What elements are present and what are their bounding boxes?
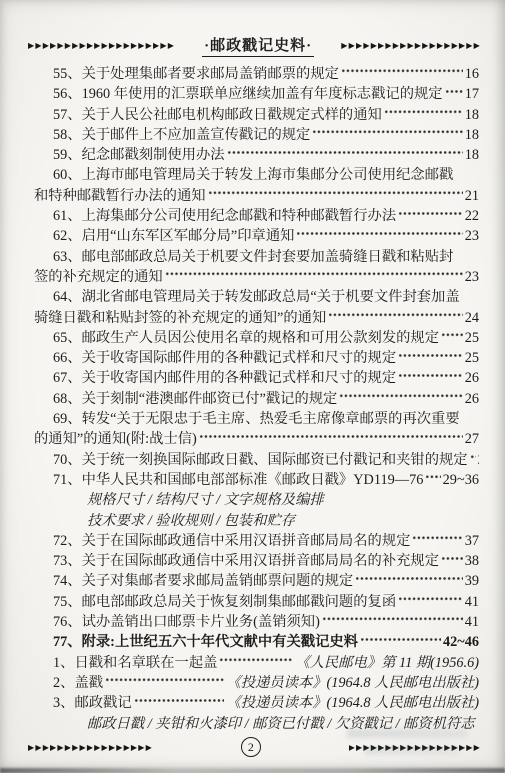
toc-entry-text: 68、关于刻制“港澳邮件邮资已付”戳记的规定: [53, 389, 337, 409]
toc-entry-text: 技术要求 / 验收规则 / 包装和贮存: [87, 511, 295, 531]
page-number: 2: [241, 737, 261, 757]
toc-entry-page: 23: [465, 267, 479, 287]
dot-leader: [360, 633, 441, 647]
toc-entry-text: 的通知”的通知(附:战士信): [34, 429, 197, 449]
toc-entry-page: 38: [465, 551, 479, 571]
toc-entry-text: 65、邮政生产人员因公使用名章的规格和可用公款刻发的规定: [53, 328, 439, 348]
dot-leader: [384, 105, 463, 119]
toc-line: 3、邮政戳记《投递员读本》(1964.8 人民邮电出版社): [34, 693, 479, 713]
toc-entry-text: 69、转发“关于无限忠于毛主席、热爱毛主席像章邮票的再次重要: [53, 409, 460, 429]
toc-entry-page: 41: [465, 612, 479, 632]
toc-entry-page: 23: [465, 226, 479, 246]
toc-line: 1、日戳和名章联在一起盖《人民邮电》第 11 期(1956.6): [34, 653, 479, 673]
page-title: ·邮政戳记史料·: [202, 34, 314, 57]
toc-entry-page: 17: [465, 84, 479, 104]
toc-line: 76、试办盖销出口邮票卡片业务(盖销须知)41: [34, 612, 479, 632]
dot-leader: [398, 592, 463, 606]
toc-entry-page: 18: [465, 105, 479, 125]
toc-entry-text: 62、启用“山东军区军邮分局”印章通知: [53, 226, 294, 246]
toc-line: 的通知”的通知(附:战士信)27: [34, 429, 479, 449]
toc-entry-text: 76、试办盖销出口邮票卡片业务(盖销须知): [53, 612, 320, 632]
toc-entry-text: 63、邮电部邮政总局关于机要文件封套要加盖骑缝日戳和粘贴封: [53, 247, 453, 267]
toc-line: 规格尺寸 / 结构尺寸 / 文字规格及编排: [34, 490, 479, 510]
toc-entry-source: 《投递员读本》(1964.8 人民邮电出版社): [226, 673, 479, 693]
scanned-toc-page: ▶▶▶▶▶▶▶▶▶▶▶▶▶▶▶▶▶▶▶▶ ·邮政戳记史料· ▶▶▶▶▶▶▶▶▶▶…: [0, 0, 505, 773]
toc-line: 70、关于统一刻换国际邮政日戳、国际邮资已付戳记和夹钳的规定28: [34, 450, 479, 470]
toc-line: 74、关子对集邮者要求邮局盖销邮票问题的规定39: [34, 571, 479, 591]
toc-line: 77、附录:上世纪五六十年代文献中有关戳记史料42~46: [34, 632, 479, 652]
toc-entry-page: 25: [465, 348, 479, 368]
toc-line: 邮政日戳 / 夹钳和火漆印 / 邮资已付戳 / 欠资戳记 / 邮资机符志: [34, 714, 479, 734]
toc-entry-text: 3、邮政戳记: [53, 693, 132, 713]
toc-entry-text: 2、盖戳: [53, 673, 103, 693]
dot-leader: [412, 531, 462, 545]
dot-leader: [199, 430, 463, 444]
toc-entry-page: 25: [465, 328, 479, 348]
toc-line: 66、关于收寄国际邮件用的各种戳记式样和尺寸的规定25: [34, 348, 479, 368]
toc-entry-page: 22: [465, 206, 479, 226]
toc-line: 62、启用“山东军区军邮分局”印章通知23: [34, 226, 479, 246]
dot-leader: [312, 125, 462, 139]
toc-line: 72、关于在国际邮政通信中采用汉语拼音邮局局名的规定37: [34, 531, 479, 551]
toc-entry-page: 39: [465, 571, 479, 591]
dot-leader: [441, 328, 463, 342]
page-header: ▶▶▶▶▶▶▶▶▶▶▶▶▶▶▶▶▶▶▶▶ ·邮政戳记史料· ▶▶▶▶▶▶▶▶▶▶…: [0, 0, 505, 57]
toc-entry-page: 21: [465, 186, 479, 206]
toc-line: 59、纪念邮戳刻制使用办法18: [34, 145, 479, 165]
toc-entry-page: 29~36: [443, 470, 479, 490]
toc-line: 61、上海集邮分公司使用纪念邮戳和特种邮戳暂行办法22: [34, 206, 479, 226]
toc-entry-text: 规格尺寸 / 结构尺寸 / 文字规格及编排: [87, 490, 324, 510]
toc-line: 60、上海市邮电管理局关于转发上海市集邮分公司使用纪念邮戳: [34, 165, 479, 185]
dot-leader: [355, 572, 462, 586]
dot-leader: [134, 694, 225, 708]
toc-line: 和特种邮戳暂行办法的通知21: [34, 186, 479, 206]
toc-line: 67、关于收寄国内邮件用的各种戳记式样和尺寸的规定26: [34, 368, 479, 388]
toc-entry-text: 58、关于邮件上不应加盖宣传戳记的规定: [53, 125, 310, 145]
toc-entry-source: 《人民邮电》第 11 期(1956.6): [295, 653, 479, 673]
toc-entry-text: 67、关于收寄国内邮件用的各种戳记式样和尺寸的规定: [53, 368, 396, 388]
dot-leader: [208, 186, 463, 200]
dot-leader: [296, 227, 462, 241]
toc-entry-text: 66、关于收寄国际邮件用的各种戳记式样和尺寸的规定: [53, 348, 396, 368]
dot-leader: [165, 267, 463, 281]
toc-entry-page: 16: [465, 64, 479, 84]
dot-leader: [339, 389, 462, 403]
footer-right-arrows-ornament: ▶▶▶▶▶▶▶▶▶▶▶▶▶▶▶▶▶▶: [349, 743, 481, 752]
toc-line: 56、1960 年使用的汇票联单应继续加盖有年度标志戳记的规定17: [34, 84, 479, 104]
dot-leader: [398, 369, 463, 383]
toc-line: 2、盖戳《投递员读本》(1964.8 人民邮电出版社): [34, 673, 479, 693]
toc-entry-text: 57、关于人民公社邮电机构邮政日戳规定式样的通知: [53, 105, 382, 125]
toc-entry-text: 73、关于在国际邮政通信中采用汉语拼音邮局局名的补充规定: [53, 551, 439, 571]
dot-leader: [398, 207, 463, 221]
toc-entry-page: 28: [478, 450, 479, 470]
dot-leader: [219, 653, 293, 667]
toc-entry-text: 75、邮电部邮政总局关于恢复刻制集邮邮戳问题的复函: [53, 592, 396, 612]
footer-left-arrows-ornament: ▶▶▶▶▶▶▶▶▶▶▶▶▶▶▶▶▶: [28, 743, 153, 752]
toc-entry-text: 72、关于在国际邮政通信中采用汉语拼音邮局局名的规定: [53, 531, 410, 551]
toc-entry-text: 60、上海市邮电管理局关于转发上海市集邮分公司使用纪念邮戳: [53, 165, 453, 185]
toc-line: 65、邮政生产人员因公使用名章的规格和可用公款刻发的规定25: [34, 328, 479, 348]
toc-entry-text: 和特种邮戳暂行办法的通知: [34, 186, 206, 206]
toc-entry-text: 骑缝日戳和粘贴封签的补充规定的通知”的通知: [34, 308, 326, 328]
toc-line: 55、关于处理集邮者要求邮局盖销邮票的规定16: [34, 64, 479, 84]
toc-entry-source: 《投递员读本》(1964.8 人民邮电出版社): [226, 693, 479, 713]
toc-line: 63、邮电部邮政总局关于机要文件封套要加盖骑缝日戳和粘贴封: [34, 247, 479, 267]
toc-line: 技术要求 / 验收规则 / 包装和贮存: [34, 511, 479, 531]
toc-entry-text: 70、关于统一刻换国际邮政日戳、国际邮资已付戳记和夹钳的规定: [53, 450, 468, 470]
toc-entry-page: 18: [465, 125, 479, 145]
dot-leader: [322, 612, 463, 626]
toc-entry-page: 42~46: [443, 632, 479, 652]
header-right-arrows-ornament: ▶▶▶▶▶▶▶▶▶▶▶▶▶▶▶▶▶▶▶: [341, 41, 481, 50]
header-left-arrows-ornament: ▶▶▶▶▶▶▶▶▶▶▶▶▶▶▶▶▶▶▶▶: [28, 41, 175, 50]
toc-entry-text: 邮政日戳 / 夹钳和火漆印 / 邮资已付戳 / 欠资戳记 / 邮资机符志: [87, 714, 475, 734]
toc-list: 55、关于处理集邮者要求邮局盖销邮票的规定1656、1960 年使用的汇票联单应…: [34, 64, 479, 734]
toc-entry-page: 26: [465, 368, 479, 388]
dot-leader: [328, 308, 462, 322]
toc-entry-text: 61、上海集邮分公司使用纪念邮戳和特种邮戳暂行办法: [53, 206, 396, 226]
toc-line: 骑缝日戳和粘贴封签的补充规定的通知”的通知24: [34, 308, 479, 328]
toc-entry-text: 71、中华人民共和国邮电部部标准《邮政日戳》YD119—76: [53, 470, 423, 490]
toc-line: 69、转发“关于无限忠于毛主席、热爱毛主席像章邮票的再次重要: [34, 409, 479, 429]
dot-leader: [425, 470, 440, 484]
toc-entry-text: 55、关于处理集邮者要求邮局盖销邮票的规定: [53, 64, 339, 84]
toc-line: 75、邮电部邮政总局关于恢复刻制集邮邮戳问题的复函41: [34, 592, 479, 612]
dot-leader: [398, 349, 463, 363]
toc-entry-text: 56、1960 年使用的汇票联单应继续加盖有年度标志戳记的规定: [53, 84, 443, 104]
toc-entry-text: 77、附录:上世纪五六十年代文献中有关戳记史料: [53, 632, 358, 652]
toc-entry-text: 59、纪念邮戳刻制使用办法: [53, 145, 225, 165]
toc-entry-text: 1、日戳和名章联在一起盖: [53, 653, 217, 673]
toc-line: 58、关于邮件上不应加盖宣传戳记的规定18: [34, 125, 479, 145]
toc-entry-text: 64、湖北省邮电管理局关于转发邮政总局“关于机要文件封套加盖: [53, 287, 460, 307]
dot-leader: [445, 85, 463, 99]
toc-entry-text: 74、关子对集邮者要求邮局盖销邮票问题的规定: [53, 571, 353, 591]
dot-leader: [470, 450, 476, 464]
toc-line: 64、湖北省邮电管理局关于转发邮政总局“关于机要文件封套加盖: [34, 287, 479, 307]
toc-entry-page: 18: [465, 145, 479, 165]
toc-line: 57、关于人民公社邮电机构邮政日戳规定式样的通知18: [34, 105, 479, 125]
toc-entry-page: 41: [465, 592, 479, 612]
page-footer: ▶▶▶▶▶▶▶▶▶▶▶▶▶▶▶▶▶ 2 ▶▶▶▶▶▶▶▶▶▶▶▶▶▶▶▶▶▶: [0, 737, 505, 757]
toc-entry-page: 26: [465, 389, 479, 409]
dot-leader: [105, 673, 224, 687]
toc-line: 68、关于刻制“港澳邮件邮资已付”戳记的规定26: [34, 389, 479, 409]
toc-entry-text: 签的补充规定的通知: [34, 267, 163, 287]
dot-leader: [227, 146, 463, 160]
dot-leader: [441, 552, 463, 566]
toc-line: 签的补充规定的通知23: [34, 267, 479, 287]
toc-entry-page: 37: [465, 531, 479, 551]
toc-entry-page: 27: [465, 429, 479, 449]
dot-leader: [341, 64, 463, 78]
toc-line: 71、中华人民共和国邮电部部标准《邮政日戳》YD119—7629~36: [34, 470, 479, 490]
toc-entry-page: 24: [465, 308, 479, 328]
toc-line: 73、关于在国际邮政通信中采用汉语拼音邮局局名的补充规定38: [34, 551, 479, 571]
